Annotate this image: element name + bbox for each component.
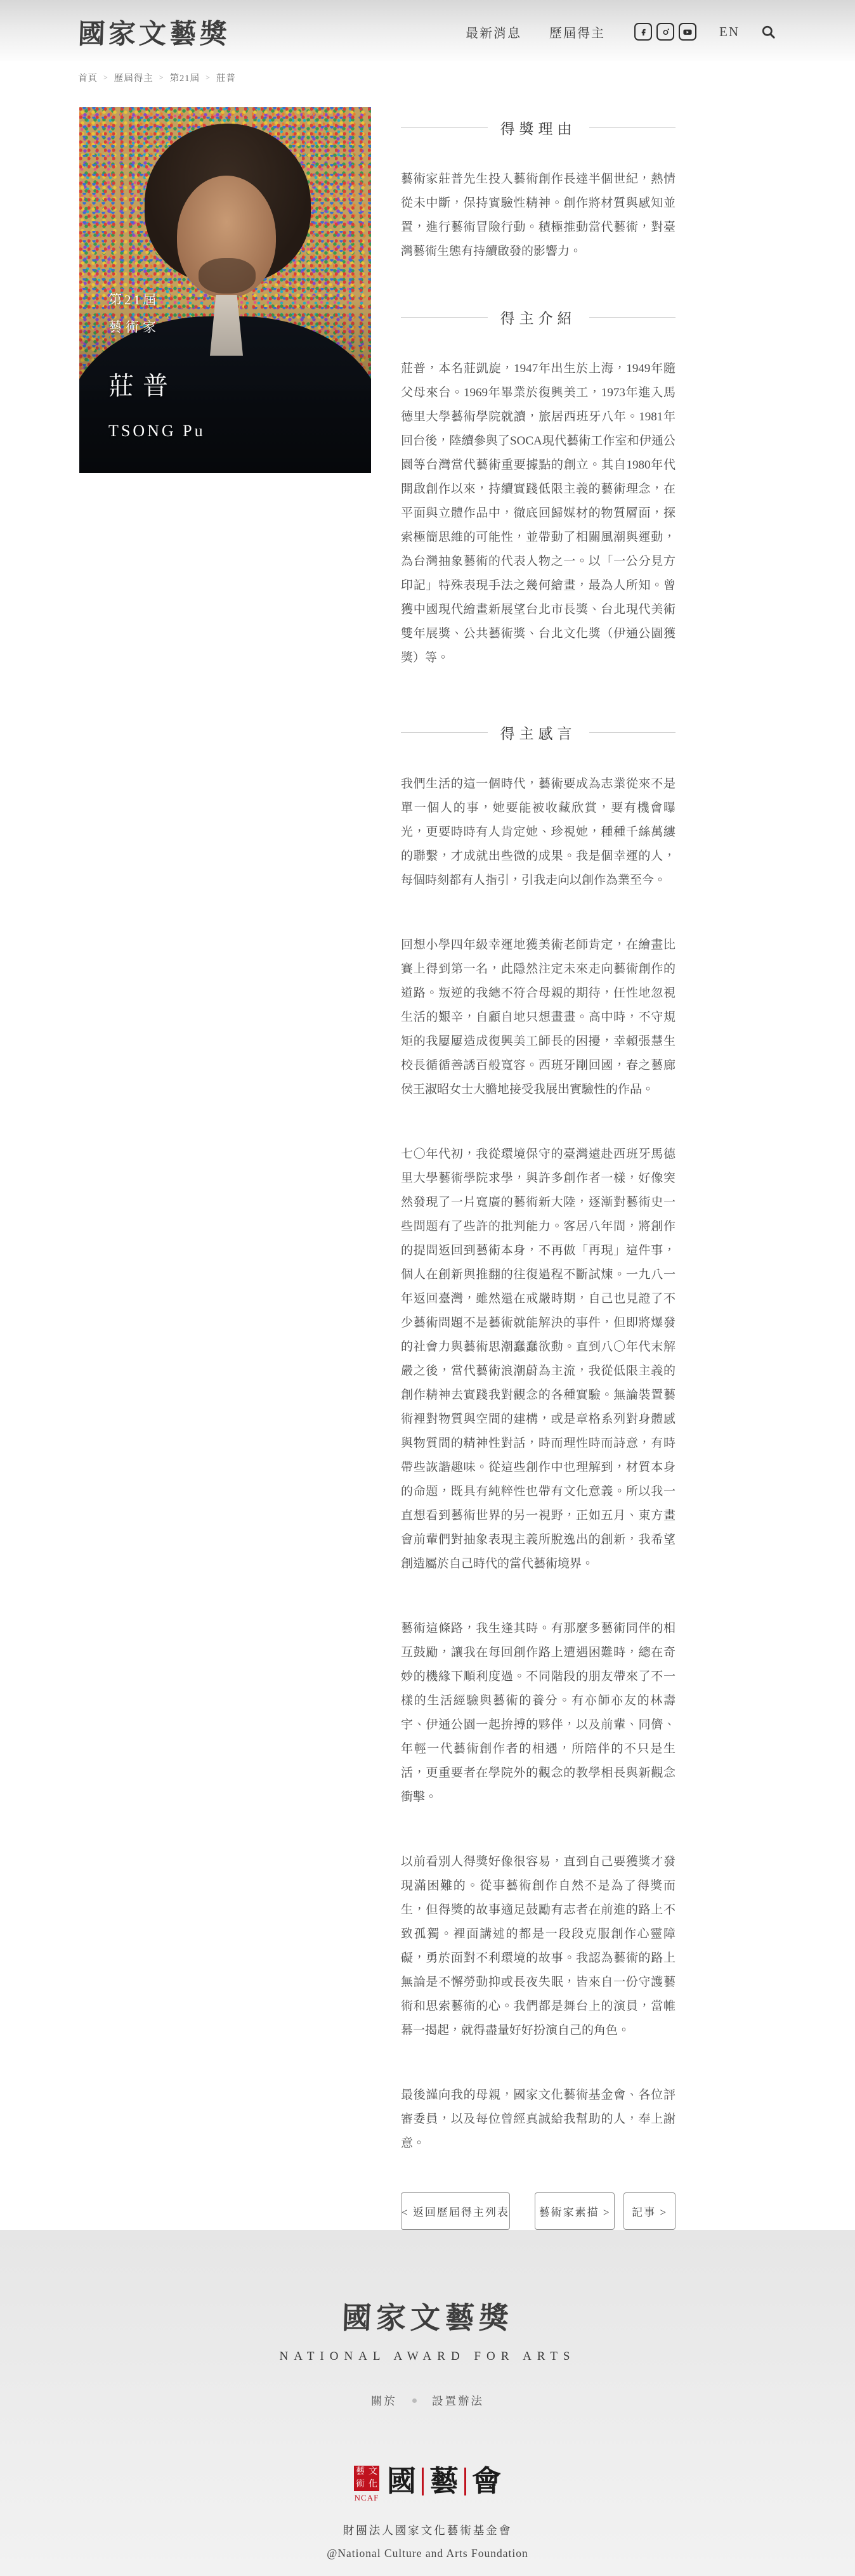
breadcrumb-separator: > [159, 73, 164, 82]
hero-category: 藝術家 [108, 317, 160, 336]
section-title-winner-remarks: 得主感言 [488, 722, 589, 743]
ncaf-acronym: NCAF [355, 2493, 379, 2503]
breadcrumb-home[interactable]: 首頁 [78, 71, 98, 84]
remarks-paragraph: 回想小學四年級幸運地獲美術老師肯定，在繪畫比賽上得到第一名，此隱然注定未來走向藝… [401, 933, 676, 1102]
remarks-paragraph: 七〇年代初，我從環境保守的臺灣遠赴西班牙馬德里大學藝術學院求學，與許多創作者一樣… [401, 1142, 676, 1576]
back-to-laureates-button[interactable]: < 返回歷屆得主列表 [401, 2192, 510, 2230]
remarks-paragraph: 最後謹向我的母親，國家文化藝術基金會、各位評審委員，以及每位曾經真誠給我幫助的人… [401, 2083, 676, 2156]
award-reason-paragraph: 藝術家莊普先生投入藝術創作長達半個世紀，熱情從未中斷，保持實驗性精神。創作將材質… [401, 167, 676, 264]
remarks-paragraph: 藝術這條路，我生逢其時。有那麼多藝術同伴的相互鼓勵，讓我在每回創作路上遭遇困難時… [401, 1617, 676, 1809]
hero-artist-name: 莊普 [108, 366, 177, 402]
notes-button[interactable]: 記事 > [623, 2192, 676, 2230]
wordmark-char: 藝 [429, 2466, 459, 2498]
site-header: 國家文藝獎 最新消息 歷屆得主 EN [0, 0, 855, 61]
footer-logo-subtitle: NATIONAL AWARD FOR ARTS [0, 2350, 855, 2364]
section-winner-intro: 得主介紹 [401, 307, 676, 328]
dot-separator [412, 2398, 417, 2403]
language-toggle[interactable]: EN [719, 24, 740, 40]
artist-sketch-button[interactable]: 藝術家素描 > [535, 2192, 615, 2230]
title-line-right [589, 127, 676, 128]
breadcrumb-edition[interactable]: 第21屆 [170, 71, 200, 84]
winner-intro-paragraph: 莊普，本名莊凱旋，1947年出生於上海，1949年隨父母來台。1969年畢業於復… [401, 357, 676, 670]
remarks-paragraph: 我們生活的這一個時代，藝術要成為志業從來不是單一個人的事，她要能被收藏欣賞，要有… [401, 772, 676, 893]
title-line-left [401, 317, 488, 318]
hero-artist-name-en: TSONG Pu [108, 422, 206, 441]
section-title-award-reason: 得獎理由 [488, 117, 589, 138]
ncaf-seal: 藝 文 術 化 NCAF [354, 2466, 379, 2503]
artist-portrait: 第21屆 藝術家 莊普 TSONG Pu [79, 107, 371, 473]
title-line-right [589, 317, 676, 318]
breadcrumb-laureates[interactable]: 歷屆得主 [114, 71, 153, 84]
title-line-left [401, 732, 488, 733]
footer-links: 關於 設置辦法 [0, 2393, 855, 2409]
section-award-reason: 得獎理由 [401, 117, 676, 138]
social-links [634, 23, 696, 41]
facebook-icon[interactable] [634, 23, 652, 41]
footer-link-regulations[interactable]: 設置辦法 [432, 2393, 484, 2409]
red-divider-bar [422, 2468, 424, 2495]
main-nav: 最新消息 歷屆得主 [466, 23, 605, 41]
site-footer: 國家文藝獎 NATIONAL AWARD FOR ARTS 關於 設置辦法 藝 … [0, 2230, 855, 2576]
instagram-icon[interactable] [656, 23, 674, 41]
seal-char: 藝 [354, 2466, 367, 2478]
page-body: 首頁 > 歷屆得主 > 第21屆 > 莊普 第21屆 藝術家 莊普 TSONG … [0, 71, 855, 2230]
ncaf-logo[interactable]: 藝 文 術 化 NCAF 國 藝 會 [0, 2466, 855, 2503]
seal-char: 術 [354, 2478, 367, 2491]
article-column: 得獎理由 藝術家莊普先生投入藝術創作長達半個世紀，熱情從未中斷，保持實驗性精神。… [401, 107, 676, 2230]
youtube-icon[interactable] [679, 23, 696, 41]
ncaf-seal-stamp-icon: 藝 文 術 化 [354, 2466, 379, 2491]
title-line-left [401, 127, 488, 128]
main-content: 第21屆 藝術家 莊普 TSONG Pu 得獎理由 藝術家莊普先生投入藝術創作長… [79, 107, 855, 2230]
page-actions: < 返回歷屆得主列表 藝術家素描 > 記事 > [401, 2192, 676, 2230]
wordmark-char: 會 [472, 2466, 501, 2498]
breadcrumb-current: 莊普 [216, 71, 236, 84]
section-title-winner-intro: 得主介紹 [488, 307, 589, 328]
hero-edition: 第21屆 [108, 290, 159, 309]
nav-item-news[interactable]: 最新消息 [466, 23, 521, 41]
breadcrumb-separator: > [103, 73, 108, 82]
breadcrumb: 首頁 > 歷屆得主 > 第21屆 > 莊普 [78, 71, 855, 84]
nav-item-laureates[interactable]: 歷屆得主 [549, 23, 605, 41]
wordmark-char: 國 [387, 2466, 416, 2498]
ncaf-wordmark: 國 藝 會 [387, 2466, 501, 2498]
footer-link-about[interactable]: 關於 [371, 2393, 397, 2409]
section-winner-remarks: 得主感言 [401, 722, 676, 743]
site-logo[interactable]: 國家文藝獎 [77, 13, 231, 51]
title-line-right [589, 732, 676, 733]
search-icon[interactable] [761, 25, 776, 39]
seal-char: 文 [367, 2466, 379, 2478]
red-divider-bar [464, 2468, 466, 2495]
organization-name-zh: 財團法人國家文化藝術基金會 [0, 2522, 855, 2538]
breadcrumb-separator: > [206, 73, 211, 82]
footer-logo[interactable]: 國家文藝獎 [341, 2294, 514, 2337]
organization-name-en: @National Culture and Arts Foundation [0, 2547, 855, 2560]
remarks-paragraph: 以前看別人得獎好像很容易，直到自己要獲獎才發現滿困難的。從事藝術創作自然不是為了… [401, 1850, 676, 2043]
seal-char: 化 [367, 2478, 379, 2491]
